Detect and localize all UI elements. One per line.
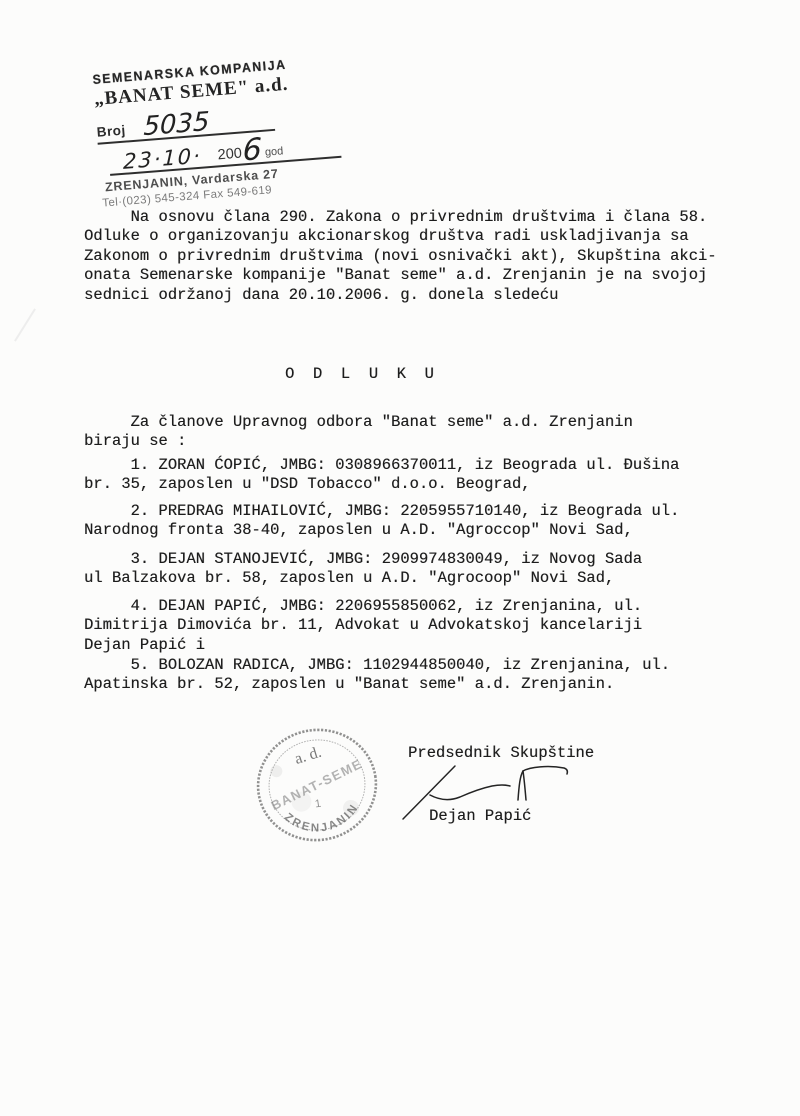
lead-paragraph: Za članove Upravnog odbora "Banat seme" … — [84, 413, 633, 452]
company-seal-stamp: a. d. BANAT-SEME 1 ZRENJANIN — [250, 722, 384, 848]
date-suffix-label: god — [264, 145, 283, 161]
scanned-decision-document: SEMENARSKA KOMPANIJA „BANAT SEME" a.d. B… — [0, 0, 800, 1116]
scan-artifact-line — [14, 308, 36, 341]
decision-heading: O D L U K U — [285, 365, 434, 384]
signatory-name: Dejan Papić — [429, 807, 531, 826]
seal-top-text: a. d. — [293, 744, 324, 768]
protocol-number-handwritten: 5035 — [143, 110, 210, 139]
board-member-item-1: 1. ZORAN ĆOPIĆ, JMBG: 0308966370011, iz … — [84, 456, 679, 495]
date-year-digit-handwritten: 6 — [242, 138, 262, 164]
board-member-item-5: 5. BOLOZAN RADICA, JMBG: 1102944850040, … — [84, 656, 670, 695]
board-member-item-4: 4. DEJAN PAPIĆ, JMBG: 2206955850062, iz … — [84, 597, 642, 655]
seal-number-text: 1 — [314, 798, 322, 811]
board-member-item-3: 3. DEJAN STANOJEVIĆ, JMBG: 2909974830049… — [84, 550, 642, 589]
protocol-number-label: Broj — [96, 123, 126, 143]
date-day-month-handwritten: 23·10· — [123, 145, 202, 173]
board-member-item-2: 2. PREDRAG MIHAILOVIĆ, JMBG: 22059557101… — [84, 502, 679, 541]
date-year-printed: 200 — [217, 146, 243, 166]
intro-paragraph: Na osnovu člana 290. Zakona o privrednim… — [84, 208, 717, 305]
letterhead-stamp: SEMENARSKA KOMPANIJA „BANAT SEME" a.d. B… — [92, 52, 352, 209]
